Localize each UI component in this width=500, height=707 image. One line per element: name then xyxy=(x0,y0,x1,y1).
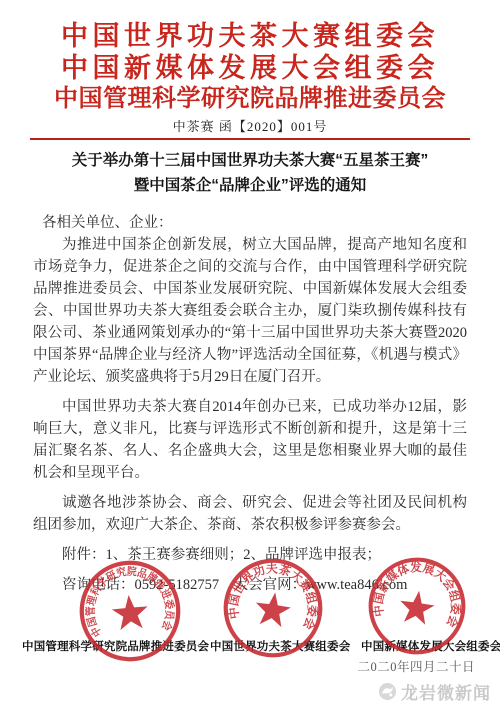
org-line-3: 中国管理科学研究院品牌推进委员会 xyxy=(30,84,470,114)
official-seal-1: 中国管理科学研究院品牌推进委员会 xyxy=(74,555,187,668)
org-line-1: 中国世界功夫茶大赛组委会 xyxy=(30,20,470,52)
star-icon xyxy=(397,588,436,625)
paragraph-2: 中国世界功夫茶大赛自2014年创办已来，已成功举办12届，影响巨大，意义非凡，比… xyxy=(33,396,467,484)
document-title: 关于举办第十三届中国世界功夫茶大赛“五星茶王赛” 暨中国茶企“品牌企业”评选的通… xyxy=(20,148,480,198)
date-line: 二0二0年四月二十日 xyxy=(357,657,475,675)
body-text: 为推进中国茶企创新发展，树立大国品牌，提高产地知名度和市场竞争力，促进茶企之间的… xyxy=(33,234,467,596)
title-line-1: 关于举办第十三届中国世界功夫茶大赛“五星茶王赛” xyxy=(20,148,480,173)
official-seal-2: 中国世界功夫茶大赛组委会 xyxy=(215,550,330,665)
salutation: 各相关单位、企业： xyxy=(42,211,173,232)
org-line-2: 中国新媒体发展大会组委会 xyxy=(30,52,470,84)
org-header: 中国世界功夫茶大赛组委会 中国新媒体发展大会组委会 中国管理科学研究院品牌推进委… xyxy=(30,20,470,114)
document-page: 中国世界功夫茶大赛组委会 中国新媒体发展大会组委会 中国管理科学研究院品牌推进委… xyxy=(0,0,500,707)
star-icon xyxy=(111,593,150,630)
title-line-2: 暨中国茶企“品牌企业”评选的通知 xyxy=(20,173,480,198)
paragraph-3: 诚邀各地涉茶协会、商会、研究会、促进会等社团及民间机构组团参加，欢迎广大茶企、茶… xyxy=(33,492,467,536)
red-divider xyxy=(30,138,470,140)
star-icon xyxy=(253,590,293,628)
paragraph-1: 为推进中国茶企创新发展，树立大国品牌，提高产地知名度和市场竞争力，促进茶企之间的… xyxy=(33,234,467,388)
doc-number: 中茶赛 函【2020】001号 xyxy=(0,116,500,135)
watermark-logo-icon xyxy=(378,682,397,701)
official-seal-3: 中国新媒体发展大会组委会 xyxy=(361,550,474,663)
watermark: 龙岩微新闻 xyxy=(378,679,491,704)
watermark-text: 龙岩微新闻 xyxy=(401,679,491,704)
